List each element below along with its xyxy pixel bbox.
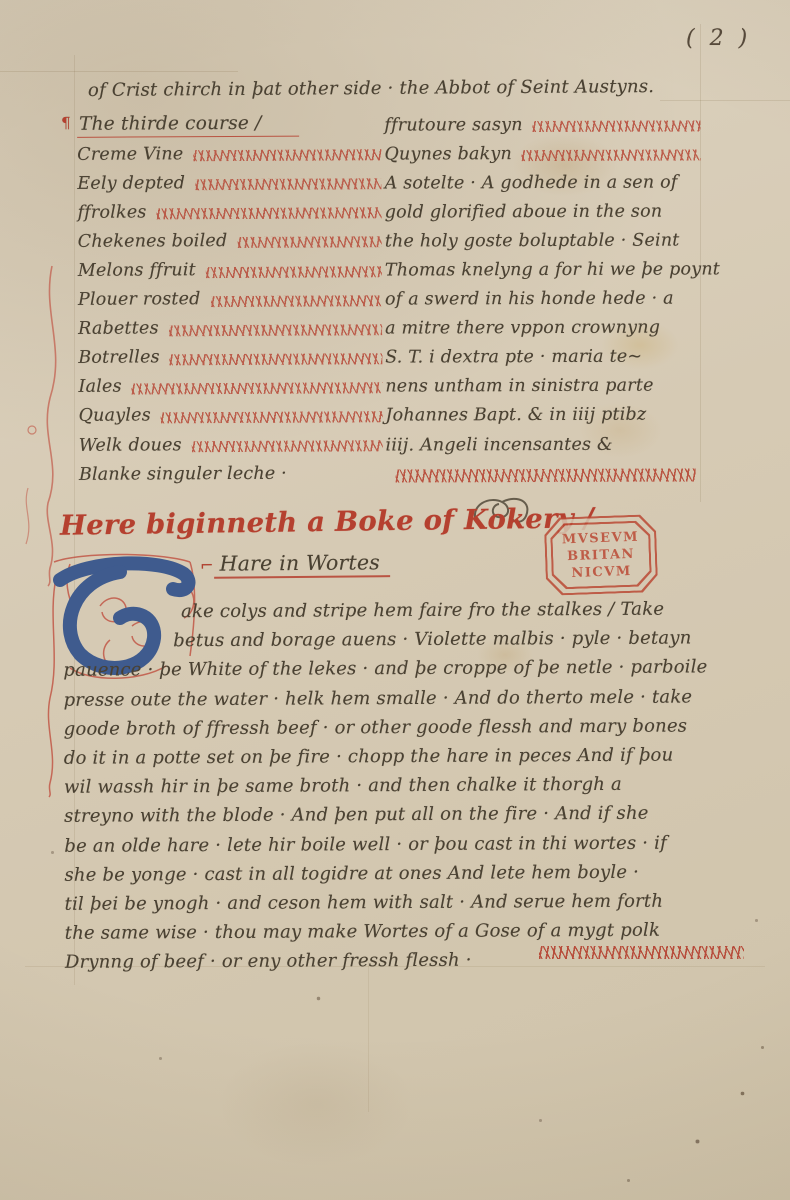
menu-right-text: the holy goste boluptable · Seint	[385, 230, 680, 251]
menu-item-row: Rabettes	[78, 313, 390, 344]
menu-item-row: Chekenes boiled	[78, 226, 390, 257]
incipit-heading: Here biginneth a Boke of Kokery /	[60, 502, 594, 541]
menu-right-text: Thomas knelyng a for hi we þe poynt	[385, 259, 720, 280]
recipe-line-text: pauence · þe White of the lekes · and þe…	[63, 657, 707, 681]
menu-right-text: of a swerd in his honde hede · a	[385, 289, 674, 310]
menu-right-row: A sotelte · A godhede in a sen of	[385, 168, 703, 198]
stamp-text: MVSEVM BRITAN NICVM	[552, 522, 650, 587]
menu-heading-row: ¶ The thirde course /	[77, 109, 389, 140]
menu-right-row: nens untham in sinistra parte	[385, 371, 703, 401]
menu-right-row: Johannes Bapt. & in iiij ptibz	[385, 400, 703, 430]
recipe-line-text: she be yonge · cast in all togidre at on…	[64, 862, 639, 886]
menu-right-text: gold glorified aboue in the son	[385, 201, 663, 222]
line-filler-squiggle	[396, 469, 696, 483]
top-right-ruling-line	[660, 100, 790, 101]
intro-line: of Crist chirch in þat other side · the …	[88, 76, 654, 101]
recipe-line-text: ake colys and stripe hem faire fro the s…	[181, 599, 664, 623]
recipe-text: ake colys and stripe hem faire fro the s…	[63, 594, 745, 977]
line-filler-squiggle	[211, 295, 383, 307]
recipe-title-wrap: ⌐Hare in Wortes	[200, 550, 390, 576]
menu-heading: The thirde course /	[77, 112, 300, 137]
menu-item-label: Iales	[78, 377, 121, 397]
recipe-line: ake colys and stripe hem faire fro the s…	[181, 594, 743, 626]
menu-right-text: Quynes bakyn	[384, 144, 512, 164]
menu-item-label: Melons ffruit	[78, 260, 196, 281]
menu-right-row: ffrutoure sasyn	[384, 109, 702, 139]
recipe-line: til þei be ynogh · and ceson hem with sa…	[65, 886, 745, 919]
menu-item-label: Rabettes	[78, 319, 159, 339]
menu-left-column: ¶ The thirde course / Creme Vine Eely de…	[77, 109, 391, 489]
menu-right-row: a mitre there vppon crownyng	[385, 313, 703, 343]
end-line-filler-squiggle	[539, 946, 744, 959]
menu-right-text: S. T. i dextra pte · maria te~	[385, 347, 642, 368]
menu-right-text: iiij. Angeli incensantes &	[385, 434, 612, 455]
menu-item-row: Melons ffruit	[78, 255, 390, 286]
menu-item-label: Welk doues	[79, 435, 182, 456]
recipe-line: do it in a potte set on þe fire · chopp …	[64, 740, 744, 773]
menu-item-row: Iales	[78, 371, 390, 402]
line-filler-squiggle	[169, 324, 382, 336]
line-filler-squiggle	[161, 411, 383, 423]
menu-item-label: Blanke singuler leche ·	[79, 463, 287, 484]
menu-item-label: Quayles	[79, 406, 151, 426]
recipe-line-text: be an olde hare · lete hir boile well · …	[64, 832, 667, 856]
menu-item-row: ffrolkes	[77, 196, 389, 227]
menu-item-row: Botrelles	[78, 342, 390, 373]
menu-item-row: Welk doues	[79, 429, 391, 460]
line-filler-squiggle	[157, 208, 382, 220]
recipe-line: wil wassh hir in þe same broth · and the…	[64, 769, 744, 802]
menu-item-label: Creme Vine	[77, 144, 183, 165]
line-filler-squiggle	[206, 266, 382, 278]
menu-item-row: Quayles	[79, 400, 391, 431]
menu-item-label: Eely depted	[77, 173, 185, 194]
museum-stamp: MVSEVM BRITAN NICVM	[544, 514, 659, 596]
menu-right-row: Thomas knelyng a for hi we þe poynt	[385, 255, 703, 285]
recipe-line-text: streyno with the blode · And þen put all…	[64, 803, 649, 827]
recipe-line-text: til þei be ynogh · and ceson hem with sa…	[65, 891, 664, 915]
menu-item-label: ffrolkes	[77, 202, 146, 222]
recipe-line: streyno with the blode · And þen put all…	[64, 799, 744, 832]
recipe-title: Hare in Wortes	[214, 550, 391, 579]
recipe-line: she be yonge · cast in all togidre at on…	[64, 857, 744, 890]
menu-item-row: Eely depted	[77, 167, 389, 198]
line-filler-squiggle	[237, 237, 381, 249]
recipe-line: be an olde hare · lete hir boile well · …	[64, 828, 744, 861]
menu-item-row: Blanke singuler leche ·	[79, 458, 391, 489]
recipe-line-text: do it in a potte set on þe fire · chopp …	[64, 745, 674, 769]
recipe-line-text: goode broth of ffressh beef · or other g…	[64, 715, 688, 739]
line-filler-squiggle	[132, 382, 383, 394]
top-ruling-line	[0, 71, 238, 72]
manuscript-page: ( 2 ) of Crist chirch in þat other side …	[0, 0, 790, 1200]
recipe-line: goode broth of ffressh beef · or other g…	[64, 711, 744, 744]
menu-right-row	[386, 459, 704, 489]
recipe-line: pauence · þe White of the lekes · and þe…	[63, 653, 743, 686]
folio-number: ( 2 )	[686, 26, 751, 51]
line-filler-squiggle	[533, 120, 701, 132]
menu-right-text: nens untham in sinistra parte	[385, 376, 653, 397]
line-filler-squiggle	[192, 440, 383, 452]
menu-right-row: Quynes bakyn	[384, 139, 702, 169]
parchment-specks	[0, 0, 1, 1]
recipe-line: betus and borage auens · Violette malbis…	[173, 623, 743, 655]
menu-right-row: S. T. i dextra pte · maria te~	[385, 342, 703, 372]
menu-right-text: Johannes Bapt. & in iiij ptibz	[385, 405, 646, 426]
recipe-line: the same wise · thou may make Wortes of …	[65, 915, 745, 948]
stamp-line: NICVM	[571, 562, 632, 581]
menu-item-label: Plouer rosted	[78, 289, 201, 310]
recipe-line-text: presse oute the water · helk hem smalle …	[63, 686, 692, 710]
menu-item-row: Plouer rosted	[78, 284, 390, 315]
menu-right-row: gold glorified aboue in the son	[385, 197, 703, 227]
line-filler-squiggle	[522, 150, 701, 162]
line-filler-squiggle	[170, 353, 383, 365]
menu-right-text: ffrutoure sasyn	[384, 115, 522, 135]
menu-item-label: Chekenes boiled	[78, 231, 228, 252]
menu-right-text: a mitre there vppon crownyng	[385, 318, 660, 339]
recipe-line-text: betus and borage auens · Violette malbis…	[173, 628, 691, 652]
line-filler-squiggle	[195, 178, 381, 190]
recipe-line-text: the same wise · thou may make Wortes of …	[65, 920, 660, 944]
menu-item-row: Creme Vine	[77, 138, 389, 169]
menu-right-row: iiij. Angeli incensantes &	[385, 429, 703, 459]
paraph-mark: ¶	[61, 114, 71, 132]
menu-item-label: Botrelles	[78, 348, 160, 368]
recipe-line-text: wil wassh hir in þe same broth · and the…	[64, 774, 622, 798]
recipe-line: presse oute the water · helk hem smalle …	[63, 682, 743, 715]
menu-right-row: of a swerd in his honde hede · a	[385, 284, 703, 314]
menu-right-text: A sotelte · A godhede in a sen of	[385, 172, 678, 193]
menu-right-row: the holy goste boluptable · Seint	[385, 226, 703, 256]
line-filler-squiggle	[193, 149, 381, 161]
recipe-line-text: Drynng of beef · or eny other fressh fle…	[65, 950, 472, 973]
lower-ruling-line-vertical	[368, 962, 369, 1112]
menu-right-column: ffrutoure sasyn Quynes bakyn A sotelte ·…	[384, 109, 703, 488]
